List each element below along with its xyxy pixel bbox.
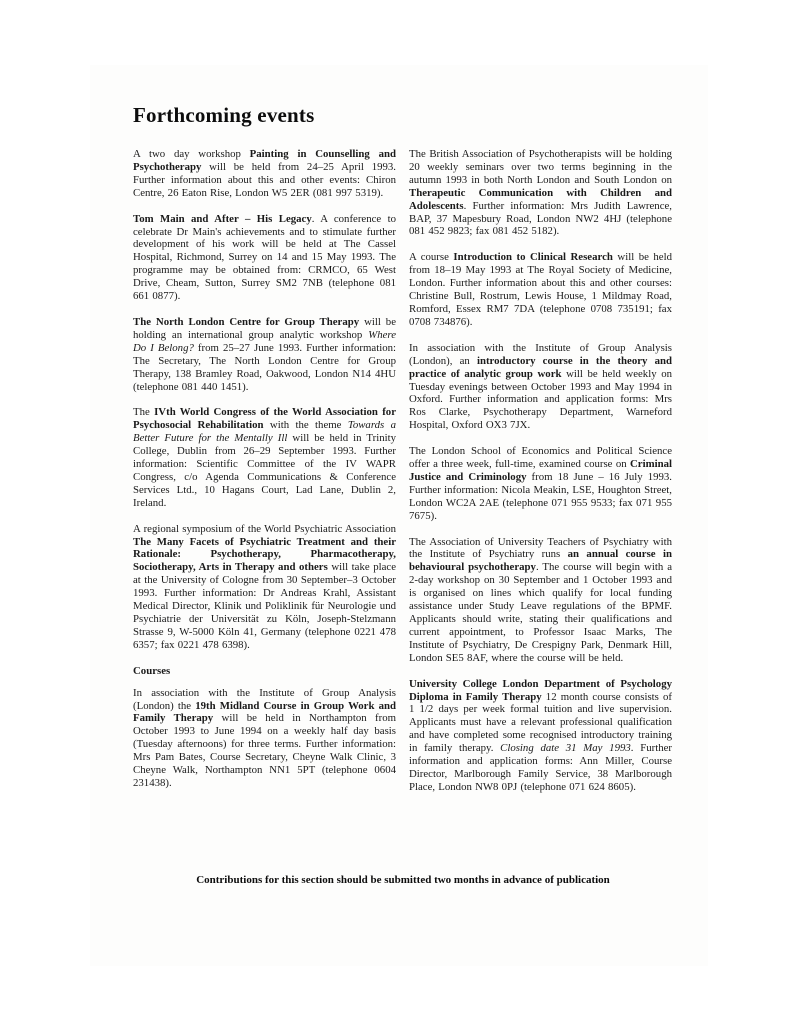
event-paragraph: The British Association of Psychotherapi… — [409, 148, 672, 238]
event-paragraph: Tom Main and After – His Legacy. A confe… — [133, 213, 396, 303]
course-paragraph: In association with the Institute of Gro… — [133, 687, 396, 790]
submission-note: Contributions for this section should be… — [133, 873, 673, 887]
left-column: A two day workshop Painting in Counselli… — [133, 148, 396, 807]
scanned-journal-page: { "page": { "title": "Forthcoming events… — [0, 0, 800, 1036]
event-paragraph: A regional symposium of the World Psychi… — [133, 523, 396, 652]
course-paragraph: A course Introduction to Clinical Resear… — [409, 251, 672, 328]
two-column-layout: A two day workshop Painting in Counselli… — [133, 148, 673, 807]
event-paragraph: The North London Centre for Group Therap… — [133, 316, 396, 393]
page-content: Forthcoming events A two day workshop Pa… — [133, 103, 673, 807]
event-paragraph: A two day workshop Painting in Counselli… — [133, 148, 396, 200]
right-column: The British Association of Psychotherapi… — [409, 148, 672, 807]
event-paragraph: The IVth World Congress of the World Ass… — [133, 406, 396, 509]
course-paragraph: The London School of Economics and Polit… — [409, 445, 672, 522]
course-paragraph: University College London Department of … — [409, 678, 672, 794]
courses-section-heading: Courses — [133, 665, 396, 678]
course-paragraph: In association with the Institute of Gro… — [409, 342, 672, 432]
journal-page: Forthcoming events A two day workshop Pa… — [90, 65, 708, 966]
course-paragraph: The Association of University Teachers o… — [409, 536, 672, 665]
page-title: Forthcoming events — [133, 103, 673, 127]
